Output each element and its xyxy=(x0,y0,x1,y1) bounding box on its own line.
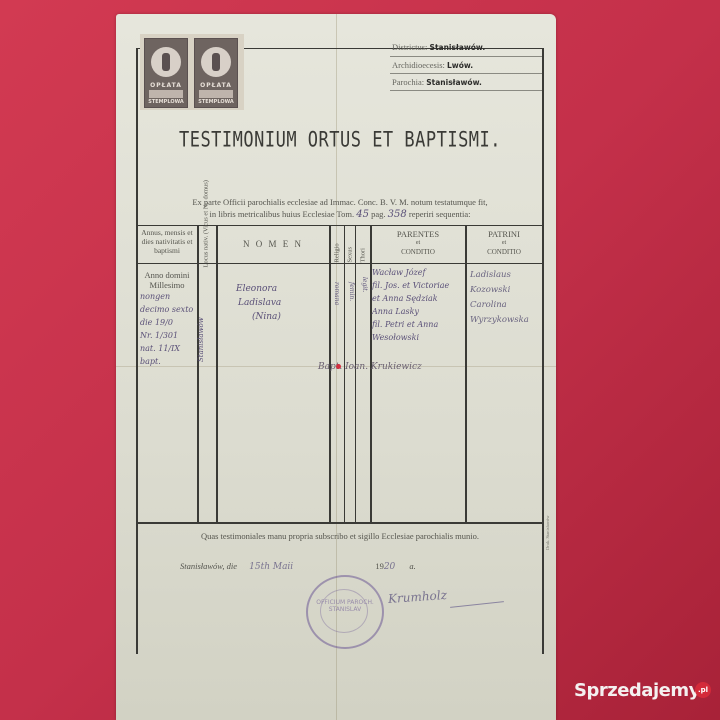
thori-handwritten: legit. xyxy=(357,277,371,317)
header-parentes-et: et xyxy=(372,239,464,248)
sexus-handwritten: femin. xyxy=(344,282,358,322)
header-nomen: N O M E N xyxy=(218,240,328,249)
patrini-handwritten: Ladislaus Kozowski Carolina Wyrzykowska xyxy=(470,268,529,328)
districtus-label: Districtus: xyxy=(392,42,427,52)
parochia-value: Stanisławów. xyxy=(426,78,482,87)
hw-line: Wacław Józef xyxy=(372,266,449,279)
archidioecesis-label: Archidioecesis: xyxy=(392,60,445,70)
col-divider-1 xyxy=(197,225,199,523)
baptism-note-handwritten: Bapt. Ioan. Krukiewicz xyxy=(318,360,422,374)
header-thori: Thori xyxy=(360,225,367,263)
tom-value-handwritten: 45 xyxy=(356,209,369,220)
header-patrini: PATRINI et CONDITIO xyxy=(467,230,541,257)
parochia-label: Parochia: xyxy=(392,77,424,87)
header-parentes-conditio: CONDITIO xyxy=(372,248,464,257)
printer-note: Druk. Stanisławów xyxy=(545,516,550,551)
parish-seal: OFFICIUM PAROCH. STANISLAV xyxy=(306,575,384,649)
sprzedajemy-pl-badge: .pl xyxy=(695,682,711,698)
header-patrini-et: et xyxy=(467,239,541,248)
revenue-stamp-2: OPŁATA STEMPLOWA xyxy=(194,38,238,108)
stamp-band xyxy=(149,90,183,98)
col-divider-4 xyxy=(344,225,345,523)
religio-handwritten: romana xyxy=(329,282,343,322)
frame-left xyxy=(136,48,138,654)
hw-line: bapt. xyxy=(140,355,193,368)
stamp-label-bottom: STEMPLOWA xyxy=(195,99,237,105)
millesimo-label: Millesimo xyxy=(138,280,196,290)
hw-line: Wesołowski xyxy=(372,331,449,344)
hw-line: Wyrzykowska xyxy=(470,313,529,328)
hw-line: decimo sexto xyxy=(140,303,193,316)
archidioecesis-field: Archidioecesis: Lwów. xyxy=(392,60,473,70)
header-annus: Annus, mensis et dies nativitatis et bap… xyxy=(138,228,196,255)
header-parentes: PARENTES et CONDITIO xyxy=(372,230,464,257)
header-patrini-conditio: CONDITIO xyxy=(467,248,541,257)
eagle-emblem-icon xyxy=(151,47,181,77)
header-sexus: Sexus xyxy=(347,225,354,263)
col-divider-7 xyxy=(465,225,467,523)
pag-value-handwritten: 358 xyxy=(388,209,407,220)
hw-line: Eleonora xyxy=(236,282,281,296)
intro-pag-label: pag. xyxy=(371,209,385,219)
revenue-stamps: OPŁATA STEMPLOWA OPŁATA STEMPLOWA xyxy=(140,34,244,110)
col-divider-3 xyxy=(329,225,331,523)
hw-line: nat. 11/IX xyxy=(140,342,193,355)
seal-text: OFFICIUM PAROCH. STANISLAV xyxy=(308,599,382,613)
document-title: TESTIMONIUM ORTUS ET BAPTISMI. xyxy=(140,128,540,153)
hw-line: Nr. 1/301 xyxy=(140,329,193,342)
hw-line: Anna Lasky xyxy=(372,305,449,318)
red-ink-mark xyxy=(336,364,341,369)
year-handwritten: 20 xyxy=(384,562,395,572)
hw-line: nongen xyxy=(140,290,193,303)
stamp-label-top: OPŁATA xyxy=(195,82,237,89)
hw-line: et Anna Sędziak xyxy=(372,292,449,305)
intro-tom-label: in libris metricalibus huius Ecclesiae T… xyxy=(209,209,354,219)
nomen-handwritten: Eleonora Ladislava (Nina) xyxy=(236,282,281,324)
anno-domini-label: Anno domini xyxy=(138,270,196,280)
date-handwritten: 15th Maii xyxy=(249,562,293,572)
intro-reperiri: reperiri sequentia: xyxy=(409,209,471,219)
archidioecesis-value: Lwów. xyxy=(447,61,473,70)
districtus-value: Stanisławów. xyxy=(430,43,486,52)
header-locus: Locus nativ. (Vicus et Nr. domus) xyxy=(203,220,210,268)
header-parentes-title: PARENTES xyxy=(372,230,464,239)
districtus-field: Districtus: Stanisławów. xyxy=(392,42,485,52)
col-divider-2 xyxy=(216,225,218,523)
meta-underline xyxy=(390,56,542,57)
annus-printed: Anno domini Millesimo xyxy=(138,270,196,290)
sprzedajemy-logo: Sprzedajemy xyxy=(574,680,700,701)
parochia-field: Parochia: Stanisławów. xyxy=(392,77,482,87)
stamp-label-top: OPŁATA xyxy=(145,82,187,89)
header-religio: Religio xyxy=(334,225,341,263)
locus-handwritten: Stanisławów xyxy=(194,312,208,362)
eagle-emblem-icon xyxy=(201,47,231,77)
frame-right xyxy=(542,48,544,654)
place-date-label: Stanisławów, die xyxy=(180,561,237,571)
closing-statement: Quas testimoniales manu propria subscrib… xyxy=(150,531,530,541)
parentes-handwritten: Wacław Józef fil. Jos. et Victoriae et A… xyxy=(372,266,449,344)
hw-line: fil. Jos. et Victoriae xyxy=(372,279,449,292)
revenue-stamp-1: OPŁATA STEMPLOWA xyxy=(144,38,188,108)
hw-line: Carolina xyxy=(470,298,529,313)
hw-line: Ladislaus xyxy=(470,268,529,283)
hw-line: (Nina) xyxy=(252,310,281,324)
header-patrini-title: PATRINI xyxy=(467,230,541,239)
place-date-line: Stanisławów, die 15th Maii 1920 a. xyxy=(180,560,416,574)
year-printed: 19 xyxy=(375,561,384,571)
col-divider-5 xyxy=(355,225,356,523)
meta-underline xyxy=(390,73,542,74)
annus-handwritten: nongen decimo sexto die 19/0 Nr. 1/301 n… xyxy=(140,290,193,368)
hw-line: fil. Petri et Anna xyxy=(372,318,449,331)
stamp-band xyxy=(199,90,233,98)
year-suffix: a. xyxy=(409,561,415,571)
hw-line: die 19/0 xyxy=(140,316,193,329)
hw-line: Kozowski xyxy=(470,283,529,298)
meta-underline xyxy=(390,90,542,91)
hw-line: Ladislava xyxy=(238,296,281,310)
stamp-label-bottom: STEMPLOWA xyxy=(145,99,187,105)
